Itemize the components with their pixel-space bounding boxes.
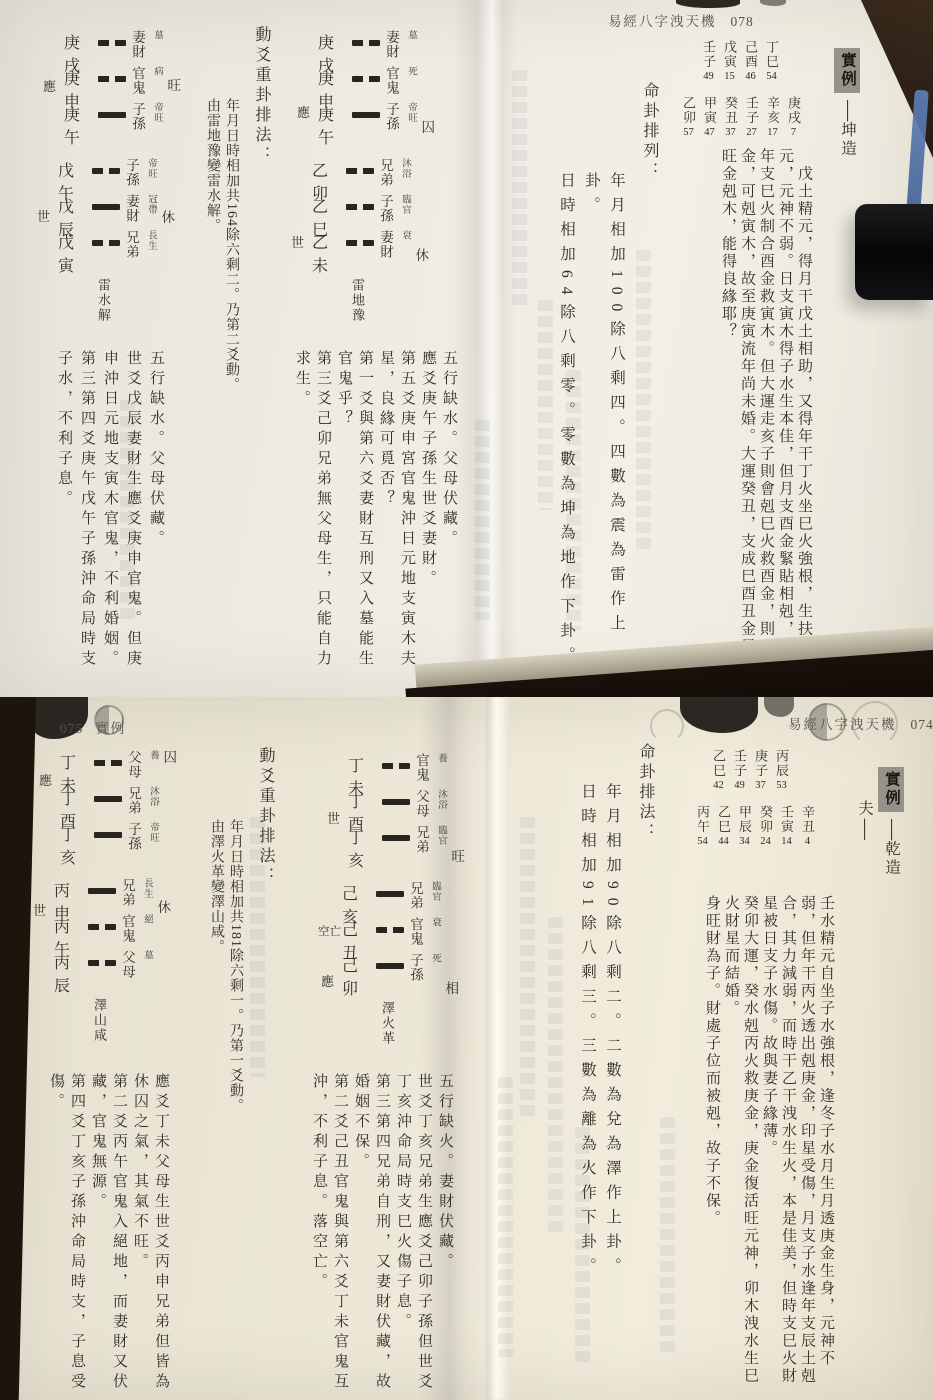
yao-row: 長生 兄弟 丙申 xyxy=(54,878,154,912)
analysis-leishuijie: 五行缺水。父母伏藏。世爻戊辰妻財生應爻庚申官鬼。但庚申沖日元地支寅木官鬼，不利婚… xyxy=(52,350,167,686)
analysis-paragraph: 世爻丁亥兄弟生應爻己卯子孫但世爻丁亥沖命局時支巳火傷子息。 xyxy=(392,1073,434,1400)
main-commentary-074: 壬水精元自坐子水強根，逢冬子水月生月透庚金生身，元神不弱，但年干丙火透出剋庚金，… xyxy=(702,895,835,1387)
relative-label: 父母 xyxy=(128,750,143,779)
stage-label: 臨官 xyxy=(437,825,448,846)
yao-line xyxy=(88,950,116,966)
page-header-075: 075實例 xyxy=(60,717,126,737)
hexagram-chart-zehuoge: 旺 世 養 官鬼 丁未 沐浴 父母 丁酉 xyxy=(348,753,448,1046)
ganzhi: 癸丑 xyxy=(721,96,740,125)
yao-line xyxy=(92,230,120,246)
bleed-through xyxy=(520,817,535,1117)
yao-row: 死 子孫 己卯 xyxy=(342,953,442,987)
pillar-number: 4 xyxy=(805,836,810,847)
hexagram-chart-leidiyu: 囚 應 墓 妻財 庚戌 死 官鬼 庚申 xyxy=(318,30,418,323)
commentary-paragraph: 壬水精元自坐子水強根，逢冬子水月生月透庚金生身，元神不弱，但年干丙火透出剋庚金，… xyxy=(759,895,835,1387)
yao-row: 帝旺 子孫 丁亥 xyxy=(60,822,160,856)
yao-line xyxy=(92,194,120,210)
relative-label: 官鬼 xyxy=(410,917,425,946)
pillar-number: 37 xyxy=(725,127,736,138)
analysis-paragraph: 第三爻己卯兄弟無父母生，只能自力求生。 xyxy=(291,350,333,686)
yao-row: 絕 官鬼 丙午 xyxy=(54,914,154,948)
pillar: 乙巳44 xyxy=(715,805,732,847)
spouse-dash: ── xyxy=(856,819,872,840)
pillar: 丙辰53 xyxy=(773,749,790,791)
yao-row: 帝旺 子孫 戊午 xyxy=(58,158,158,192)
section-line: 日時相加91除八剩三。三數為離為火作下卦。 xyxy=(575,783,600,1363)
pillar-number: 44 xyxy=(718,836,729,847)
analysis-paragraph: 五行缺水。父母伏藏。 xyxy=(144,350,167,686)
pillar: 癸卯24 xyxy=(757,805,774,847)
yao-line xyxy=(94,822,122,838)
commentary-paragraph: 戊土精元，得月干戊土相助，又得年干丁火坐巳火強根，生扶日元，元神不弱。日支寅木得… xyxy=(718,148,813,676)
pillar: 壬子49 xyxy=(700,40,717,82)
yao-row: 死 官鬼 庚申 xyxy=(318,66,418,100)
analysis-paragraph: 五行缺火。妻財伏藏。 xyxy=(434,1073,455,1400)
case-title-qianzao: 實例──乾造 xyxy=(878,767,904,877)
stage-label: 臨官 xyxy=(431,881,442,902)
ganzhi: 壬子 xyxy=(699,40,718,69)
yao-line xyxy=(376,881,404,897)
page-header-078: 易經八字洩天機078 xyxy=(608,10,754,30)
pillar-number: 27 xyxy=(746,127,757,138)
branch-label: 丙辰 xyxy=(54,950,82,996)
ganzhi: 辛亥 xyxy=(763,96,782,125)
hexagram-name: 雷水解 xyxy=(94,278,113,323)
upper-trigram: 囚 應 養 父母 丁未 沐浴 兄弟 丁酉 xyxy=(60,750,160,856)
stage-label: 長生 xyxy=(143,878,154,899)
stage-label: 墓 xyxy=(407,30,418,41)
yao-line xyxy=(346,230,374,246)
stage-label: 冠帶 xyxy=(147,194,158,215)
ying-marker: 應 xyxy=(43,76,56,95)
yao-line xyxy=(382,789,410,805)
strength-label: 休 xyxy=(158,896,172,916)
yao-line xyxy=(352,30,380,46)
yao-line xyxy=(88,878,116,894)
strength-label: 旺 xyxy=(452,845,466,865)
yao-row: 沐浴 兄弟 乙卯 xyxy=(312,158,412,192)
relative-label: 兄弟 xyxy=(126,230,141,259)
analysis-leidiyu: 五行缺水。父母伏藏。應爻庚午子孫生世爻妻財。第五爻庚申宮官鬼沖日元地支寅木夫星，… xyxy=(291,350,459,686)
analysis-paragraph: 第二爻己丑官鬼與第六爻丁未官鬼互沖，不利子息。落空亡。 xyxy=(308,1073,350,1400)
analysis-paragraph: 五行缺水。父母伏藏。 xyxy=(438,350,459,686)
ganzhi: 辛丑 xyxy=(798,805,817,834)
dongyao-section-079: 動爻重卦排法： 年月日時相加共164除六剩二。乃第二爻動。由雷地豫變雷水解。 xyxy=(203,26,273,406)
example-tag: 實例 xyxy=(834,48,860,93)
shi-marker: 世 xyxy=(291,232,304,251)
hexagram-chart-zeshanxian: 囚 應 養 父母 丁未 沐浴 兄弟 丁酉 xyxy=(60,750,160,1043)
bazi-pillar-table: 丙辰53 庚子37 壬子49 乙巳42 辛丑4 壬寅14 癸卯24 甲辰34 乙… xyxy=(686,749,816,879)
yao-row: 墓 妻財 庚戌 xyxy=(64,30,164,64)
bleed-through xyxy=(512,70,527,310)
pillar-number: 57 xyxy=(683,127,694,138)
lower-trigram: 休 世 長生 兄弟 丙申 絕 官鬼 丙午 xyxy=(54,878,154,984)
strength-label: 囚 xyxy=(164,746,178,766)
yao-row: 病 官鬼 庚申 xyxy=(64,66,164,100)
analysis-zeshanxian: 應爻丁未父母生世爻丙申兄弟但皆為休囚之氣，其氣不旺。第二爻丙午官鬼入絕地，而妻財… xyxy=(45,1073,171,1400)
lower-trigram: 相 空亡 應 臨官 兄弟 己亥 衰 官鬼 己丑 xyxy=(342,881,442,987)
analysis-zehuoge: 五行缺火。妻財伏藏。世爻丁亥兄弟生應爻己卯子孫但世爻丁亥沖命局時支巳火傷子息。第… xyxy=(308,1073,455,1400)
ganzhi: 乙巳 xyxy=(709,749,728,778)
yao-line xyxy=(92,158,120,174)
luck-pillars-row: 庚戌7 辛亥17 壬子27 癸丑37 甲寅47 乙卯57 xyxy=(680,96,802,138)
four-pillars-row: 丁巳54 己酉46 戊寅15 壬子49 xyxy=(700,40,780,82)
stage-label: 沐浴 xyxy=(149,786,160,807)
ganzhi: 己酉 xyxy=(741,40,760,69)
pillar: 庚子37 xyxy=(752,749,769,791)
stage-label: 養 xyxy=(437,753,448,764)
pillar: 丁巳54 xyxy=(763,40,780,82)
upper-trigram: 旺 世 養 官鬼 丁未 沐浴 父母 丁酉 xyxy=(348,753,448,859)
ganzhi: 丙辰 xyxy=(772,749,791,778)
analysis-paragraph: 第四爻丁亥子孫沖命局時支，子息受傷。 xyxy=(45,1073,87,1400)
yao-row: 養 官鬼 丁未 xyxy=(348,753,448,787)
pillar-number: 46 xyxy=(745,71,756,82)
pillar: 壬子49 xyxy=(731,749,748,791)
yao-row: 衰 官鬼 己丑 xyxy=(342,917,442,951)
section-line: 由雷地豫變雷水解。 xyxy=(203,98,222,406)
ganzhi: 甲辰 xyxy=(735,805,754,834)
ganzhi: 庚子 xyxy=(751,749,770,778)
kongwang-marker: 空亡 xyxy=(318,923,341,939)
pillar: 辛丑4 xyxy=(799,805,816,847)
mingua-section-074: 命卦排法： 年月相加90除八剩二。二數為兌為澤作上卦。日時相加91除八剩三。三數… xyxy=(575,743,657,1363)
upper-trigram: 囚 應 墓 妻財 庚戌 死 官鬼 庚申 xyxy=(318,30,418,136)
relative-label: 兄弟 xyxy=(380,158,395,187)
pillar-number: 54 xyxy=(697,836,708,847)
analysis-paragraph: 第一爻與第六爻妻財互刑又入墓能生官鬼乎？ xyxy=(333,350,375,686)
yao-row: 帝旺 子孫 庚午 xyxy=(318,102,418,136)
yao-line xyxy=(352,66,380,82)
branch-label: 戊寅 xyxy=(58,230,86,276)
stage-label: 墓 xyxy=(153,30,164,41)
pillar-number: 14 xyxy=(781,836,792,847)
book-title: 易經八字洩天機 xyxy=(608,14,717,29)
pillar-number: 53 xyxy=(776,780,787,791)
pillar-number: 42 xyxy=(713,780,724,791)
section-heading: 動爻重卦排法： xyxy=(254,747,277,1137)
ying-marker: 應 xyxy=(321,971,334,990)
relative-label: 官鬼 xyxy=(386,66,401,95)
relative-label: 妻財 xyxy=(386,30,401,59)
stage-label: 絕 xyxy=(143,914,154,925)
upper-trigram: 旺 應 墓 妻財 庚戌 病 官鬼 庚申 xyxy=(64,30,164,136)
branch-label: 庚午 xyxy=(318,102,346,148)
yao-line xyxy=(376,953,404,969)
pillar-number: 34 xyxy=(739,836,750,847)
ganzhi: 壬子 xyxy=(730,749,749,778)
pillar-number: 49 xyxy=(734,780,745,791)
pillar: 戊寅15 xyxy=(721,40,738,82)
section-line: 年月日時相加共164除六剩二。乃第二爻動。 xyxy=(222,98,241,406)
relative-label: 妻財 xyxy=(126,194,141,223)
pillar-number: 37 xyxy=(755,780,766,791)
case-name: 坤造 xyxy=(839,121,856,158)
section-heading: 動爻重卦排法： xyxy=(250,26,273,406)
yao-line xyxy=(98,66,126,82)
pillar: 庚戌7 xyxy=(785,96,802,138)
yao-row: 長生 兄弟 戊寅 xyxy=(58,230,158,264)
pillar: 甲辰34 xyxy=(736,805,753,847)
relative-label: 兄弟 xyxy=(416,825,431,854)
stage-label: 墓 xyxy=(143,950,154,961)
ganzhi: 乙巳 xyxy=(714,805,733,834)
relative-label: 子孫 xyxy=(132,102,147,131)
analysis-paragraph: 第三第四兄弟自刑，又妻財伏藏，故婚姻不保。 xyxy=(350,1073,392,1400)
pillar: 辛亥17 xyxy=(764,96,781,138)
yao-row: 沐浴 兄弟 丁酉 xyxy=(60,786,160,820)
analysis-paragraph: 第三第四爻庚午戊午子孫沖命局時支子水，不利子息。 xyxy=(52,350,98,686)
stage-label: 沐浴 xyxy=(437,789,448,810)
ganzhi: 庚戌 xyxy=(784,96,803,125)
relative-label: 子孫 xyxy=(386,102,401,131)
stage-label: 帝旺 xyxy=(153,102,164,123)
yao-row: 墓 父母 丙辰 xyxy=(54,950,154,984)
ganzhi: 壬子 xyxy=(742,96,761,125)
ying-marker: 應 xyxy=(39,770,52,789)
four-pillars-row: 丙辰53 庚子37 壬子49 乙巳42 xyxy=(710,749,790,791)
relative-label: 兄弟 xyxy=(128,786,143,815)
yao-row: 臨官 子孫 乙巳 xyxy=(312,194,412,228)
binder-clip xyxy=(855,204,933,300)
relative-label: 兄弟 xyxy=(410,881,425,910)
commentary-paragraph: 身旺財為子。財處子位而被剋，故子不保。 xyxy=(702,895,721,1387)
section-heading: 命卦排法： xyxy=(634,743,657,1363)
section-line: 由澤火革變澤山咸。 xyxy=(207,819,226,1137)
shi-marker: 世 xyxy=(37,206,50,225)
yao-row: 養 父母 丁未 xyxy=(60,750,160,784)
bleed-through xyxy=(498,1077,513,1357)
lower-trigram: 休 世 沐浴 兄弟 乙卯 臨官 子孫 乙巳 xyxy=(312,158,412,264)
spouse-label-column: 夫── xyxy=(853,800,875,840)
luck-pillars-row: 辛丑4 壬寅14 癸卯24 甲辰34 乙巳44 丙午54 xyxy=(694,805,816,847)
stage-label: 衰 xyxy=(431,917,442,928)
relative-label: 官鬼 xyxy=(132,66,147,95)
yao-row: 墓 妻財 庚戌 xyxy=(318,30,418,64)
shi-marker: 世 xyxy=(327,808,340,827)
photo-top-spread: 易經八字洩天機078 實例──坤造 丁巳54 己酉46 戊寅15 壬子49 庚戌… xyxy=(0,0,933,697)
relative-label: 子孫 xyxy=(128,822,143,851)
stage-label: 帝旺 xyxy=(407,102,418,123)
pillar-number: 54 xyxy=(766,71,777,82)
ganzhi: 癸卯 xyxy=(756,805,775,834)
yao-row: 沐浴 父母 丁酉 xyxy=(348,789,448,823)
title-dash: ── xyxy=(883,819,899,840)
hexagram-name: 雷地豫 xyxy=(348,278,367,323)
branch-label: 乙未 xyxy=(312,230,340,276)
pillar: 乙卯57 xyxy=(680,96,697,138)
ying-marker: 應 xyxy=(297,102,310,121)
section-line: 年月相加90除八剩二。二數為兌為澤作上卦。 xyxy=(600,783,625,1363)
relative-label: 妻財 xyxy=(380,230,395,259)
title-dash: ── xyxy=(839,100,855,121)
bleed-through xyxy=(660,1117,675,1357)
analysis-paragraph: 應爻庚午子孫生世爻妻財。 xyxy=(417,350,438,686)
relative-label: 子孫 xyxy=(410,953,425,982)
ganzhi: 丁巳 xyxy=(762,40,781,69)
case-name: 乾造 xyxy=(883,840,900,877)
hexagram-chart-leishuijie: 旺 應 墓 妻財 庚戌 病 官鬼 庚申 xyxy=(64,30,164,323)
yao-line xyxy=(376,917,404,933)
ganzhi: 甲寅 xyxy=(700,96,719,125)
section-body: 年月日時相加共181除六剩一。乃第一爻動。由澤火革變澤山咸。 xyxy=(207,747,245,1137)
stage-label: 衰 xyxy=(401,230,412,241)
mingua-section-078: 命卦排列： 年月相加100除八剩四。四數為震為雷作上卦。日時相加64除八剩零。零… xyxy=(554,82,661,682)
yao-row: 臨官 兄弟 丁亥 xyxy=(348,825,448,859)
pillar: 壬子27 xyxy=(743,96,760,138)
yao-line xyxy=(382,753,410,769)
pillar: 己酉46 xyxy=(742,40,759,82)
section-line: 年月日時相加共181除六剩一。乃第一爻動。 xyxy=(226,819,245,1137)
stage-label: 養 xyxy=(149,750,160,761)
ganzhi: 壬寅 xyxy=(777,805,796,834)
relative-label: 子孫 xyxy=(380,194,395,223)
pillar-number: 24 xyxy=(760,836,771,847)
relative-label: 兄弟 xyxy=(122,878,137,907)
stage-label: 死 xyxy=(431,953,442,964)
section-body: 年月日時相加共164除六剩二。乃第二爻動。由雷地豫變雷水解。 xyxy=(203,26,241,406)
section-line: 日時相加64除八剩零。零數為坤為地作下卦。 xyxy=(554,172,579,682)
analysis-paragraph: 第五爻庚申宮官鬼沖日元地支寅木夫星，良緣可覓否？ xyxy=(375,350,417,686)
ganzhi: 戊寅 xyxy=(720,40,739,69)
ganzhi: 乙卯 xyxy=(679,96,698,125)
section-heading: 命卦排列： xyxy=(638,82,661,682)
swirl-ornament xyxy=(650,709,684,743)
yao-line xyxy=(94,750,122,766)
shi-marker: 世 xyxy=(33,900,46,919)
stage-label: 帝旺 xyxy=(149,822,160,843)
branch-label: 庚午 xyxy=(64,102,92,148)
page-header-074: 易經八字洩天機074 xyxy=(788,713,933,733)
page-number: 078 xyxy=(731,14,754,29)
strength-label: 囚 xyxy=(422,116,436,136)
page-number: 075 xyxy=(60,721,83,736)
bleed-through xyxy=(548,917,563,1237)
hexagram-name: 澤火革 xyxy=(378,1001,397,1046)
yao-line xyxy=(94,786,122,802)
pillar-number: 47 xyxy=(704,127,715,138)
branch-label: 丁亥 xyxy=(60,822,88,868)
section-body: 年月相加90除八剩二。二數為兌為澤作上卦。日時相加91除八剩三。三數為離為火作下… xyxy=(575,743,625,1363)
strength-label: 旺 xyxy=(168,74,182,94)
relative-label: 父母 xyxy=(416,789,431,818)
yao-row: 衰 妻財 乙未 xyxy=(312,230,412,264)
yao-line xyxy=(346,194,374,210)
book-title: 易經八字洩天機 xyxy=(788,717,897,732)
yao-line xyxy=(88,914,116,930)
relative-label: 官鬼 xyxy=(416,753,431,782)
ganzhi: 丙午 xyxy=(693,805,712,834)
section-body: 年月相加100除八剩四。四數為震為雷作上卦。日時相加64除八剩零。零數為坤為地作… xyxy=(554,82,629,682)
yao-line xyxy=(352,102,380,118)
branch-label: 己卯 xyxy=(342,953,370,999)
pillar: 甲寅47 xyxy=(701,96,718,138)
pillar-number: 49 xyxy=(703,71,714,82)
yao-line xyxy=(346,158,374,174)
example-tag: 實例 xyxy=(878,767,904,812)
pillar: 乙巳42 xyxy=(710,749,727,791)
pillar: 壬寅14 xyxy=(778,805,795,847)
page-number: 074 xyxy=(911,717,933,732)
relative-label: 子孫 xyxy=(126,158,141,187)
yao-line xyxy=(382,825,410,841)
stage-label: 長生 xyxy=(147,230,158,251)
bleed-through xyxy=(538,300,553,510)
stage-label: 病 xyxy=(153,66,164,77)
main-commentary-078: 戊土精元，得月干戊土相助，又得年干丁火坐巳火強根，生扶日元，元神不弱。日支寅木得… xyxy=(718,148,813,676)
photo-bottom-spread: 易經八字洩天機074 實例──乾造 夫── 丙辰53 庚子37 壬子49 乙巳4… xyxy=(0,697,933,1400)
analysis-paragraph: 應爻丁未父母生世爻丙申兄弟但皆為休囚之氣，其氣不旺。 xyxy=(129,1073,171,1400)
lower-trigram: 休 世 帝旺 子孫 戊午 冠帶 妻財 戊辰 xyxy=(58,158,158,264)
pillar: 癸丑37 xyxy=(722,96,739,138)
case-title-kunzao: 實例──坤造 xyxy=(834,48,860,158)
bleed-through xyxy=(475,420,490,620)
relative-label: 父母 xyxy=(122,950,137,979)
strength-label: 休 xyxy=(162,206,176,226)
relative-label: 官鬼 xyxy=(122,914,137,943)
relative-label: 妻財 xyxy=(132,30,147,59)
strength-label: 相 xyxy=(446,977,460,997)
pillar-number: 7 xyxy=(791,127,796,138)
commentary-paragraph: 癸卯大運，癸水剋丙火救庚金，庚金復活旺元神，卯木洩水生巳火財星而結婚。 xyxy=(721,895,759,1387)
stage-label: 臨官 xyxy=(401,194,412,215)
yao-line xyxy=(98,102,126,118)
hexagram-name: 澤山咸 xyxy=(90,998,109,1043)
stage-label: 沐浴 xyxy=(401,158,412,179)
pillar-number: 17 xyxy=(767,127,778,138)
example-header-label: 實例 xyxy=(95,721,126,736)
dongyao-section-075: 動爻重卦排法： 年月日時相加共181除六剩一。乃第一爻動。由澤火革變澤山咸。 xyxy=(207,747,277,1137)
yao-row: 帝旺 子孫 庚午 xyxy=(64,102,164,136)
yao-row: 臨官 兄弟 己亥 xyxy=(342,881,442,915)
analysis-paragraph: 第二爻丙午官鬼入絕地，而妻財又伏藏，官鬼無源。 xyxy=(87,1073,129,1400)
stage-label: 死 xyxy=(407,66,418,77)
pillar-number: 15 xyxy=(724,71,735,82)
yao-line xyxy=(98,30,126,46)
yao-row: 冠帶 妻財 戊辰 xyxy=(58,194,158,228)
stage-label: 帝旺 xyxy=(147,158,158,179)
spouse-label: 夫 xyxy=(856,800,873,819)
section-line: 年月相加100除八剩四。四數為震為雷作上卦。 xyxy=(579,172,629,682)
analysis-paragraph: 世爻戊辰妻財生應爻庚申官鬼。但庚申沖日元地支寅木官鬼，不利婚姻。 xyxy=(98,350,144,686)
branch-label: 丁亥 xyxy=(348,825,376,871)
strength-label: 休 xyxy=(416,244,430,264)
pillar: 丙午54 xyxy=(694,805,711,847)
